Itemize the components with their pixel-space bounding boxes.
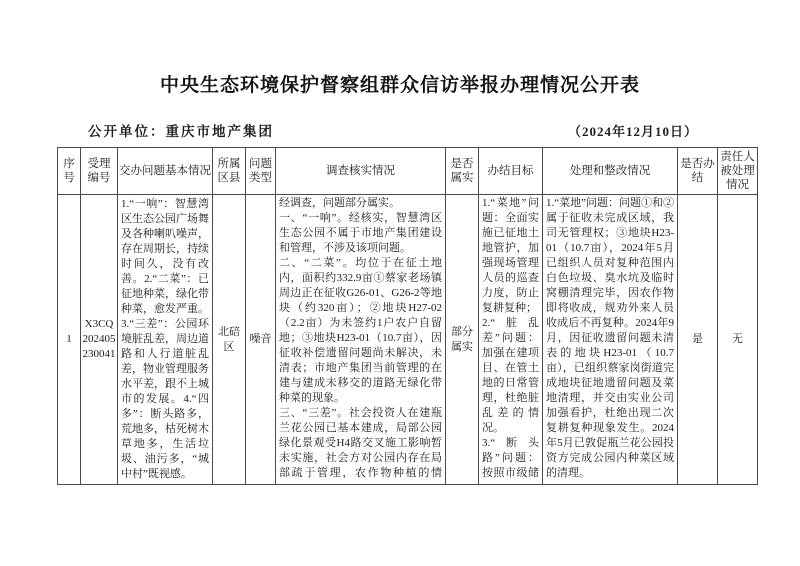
document-page: 中央生态环境保护督察组群众信访举报办理情况公开表 公开单位：重庆市地产集团 （2… bbox=[0, 0, 800, 566]
investigation-paragraph: 三、“三差”。社会投资人在建瓶兰花公园已基本建成，局部公园绿化景观受H4路交叉施… bbox=[279, 406, 442, 478]
header-is-completed: 是否办结 bbox=[678, 148, 718, 195]
handling-paragraph: 1.“菜地”问题：问题①和②属于征收未完成区域，我司无管理权；③地块H23-01… bbox=[546, 196, 674, 478]
cell-investigation: 经调查，问题部分属实。 一、“一响”。经核实，智慧湾区生态公园不属于市地产集团建… bbox=[276, 195, 446, 485]
cell-is-true: 部分属实 bbox=[446, 195, 479, 485]
publish-date: （2024年12月10日） bbox=[568, 121, 698, 140]
cell-responsible: 无 bbox=[718, 195, 758, 485]
header-is-true: 是否属实 bbox=[446, 148, 479, 195]
investigation-text: 经调查，问题部分属实。 一、“一响”。经核实，智慧湾区生态公园不属于市地产集团建… bbox=[279, 196, 442, 478]
header-responsible: 责任人被处理情况 bbox=[718, 148, 758, 195]
header-handling: 处理和整改情况 bbox=[543, 148, 678, 195]
investigation-paragraph: 一、“一响”。经核实，智慧湾区生态公园不属于市地产集团建设和管理，不涉及该项问题… bbox=[279, 211, 442, 256]
report-table: 序号 受理编号 交办问题基本情况 所属区县 问题类型 调查核实情况 是否属实 办… bbox=[57, 147, 758, 485]
cell-district: 北碚区 bbox=[213, 195, 246, 485]
header-serial: 序号 bbox=[58, 148, 81, 195]
investigation-paragraph: 经调查，问题部分属实。 bbox=[279, 196, 442, 211]
page-title: 中央生态环境保护督察组群众信访举报办理情况公开表 bbox=[0, 70, 800, 97]
header-row: 序号 受理编号 交办问题基本情况 所属区县 问题类型 调查核实情况 是否属实 办… bbox=[58, 148, 758, 195]
subtitle-row: 公开单位：重庆市地产集团 （2024年12月10日） bbox=[88, 120, 698, 140]
completion-goal-paragraph: 3.“断头路”问题：按照市级储备土地整治时序安排，有序加快推进道路完善。 bbox=[482, 436, 539, 478]
completion-goal-text: 1.“菜地”问题：全面实施已征地土地管护，加强现场管理人员的巡查力度，防止复耕复… bbox=[482, 196, 539, 478]
header-problem-summary: 交办问题基本情况 bbox=[118, 148, 213, 195]
cell-completion-goal: 1.“菜地”问题：全面实施已征地土地管护，加强现场管理人员的巡查力度，防止复耕复… bbox=[479, 195, 543, 485]
header-district: 所属区县 bbox=[213, 148, 246, 195]
investigation-paragraph: 二、“二菜”。均位于在征土地内，面积约332.9亩①蔡家老场镇周边正在征收G26… bbox=[279, 256, 442, 406]
cell-handling: 1.“菜地”问题：问题①和②属于征收未完成区域，我司无管理权；③地块H23-01… bbox=[543, 195, 678, 485]
cell-serial: 1 bbox=[58, 195, 81, 485]
case-number-text: X3CQ202405230041 bbox=[82, 317, 116, 362]
table-row: 1 X3CQ202405230041 1.“一响”：智慧湾区生态公园广场舞及各种… bbox=[58, 195, 758, 485]
problem-summary-text: 1.“一响”：智慧湾区生态公园广场舞及各种喇叭噪声，存在周期长，持续时间久，没有… bbox=[121, 197, 209, 482]
handling-text: 1.“菜地”问题：问题①和②属于征收未完成区域，我司无管理权；③地块H23-01… bbox=[546, 196, 674, 478]
publisher-label: 公开单位：重庆市地产集团 bbox=[88, 120, 274, 140]
cell-problem-summary: 1.“一响”：智慧湾区生态公园广场舞及各种喇叭噪声，存在周期长，持续时间久，没有… bbox=[118, 195, 213, 485]
completion-goal-paragraph: 2.“脏乱差”问题：加强在建项目、在管土地的日常管理，杜绝脏乱差的情况。 bbox=[482, 316, 539, 436]
header-investigation: 调查核实情况 bbox=[276, 148, 446, 195]
completion-goal-paragraph: 1.“菜地”问题：全面实施已征地土地管护，加强现场管理人员的巡查力度，防止复耕复… bbox=[482, 196, 539, 316]
cell-case-number: X3CQ202405230041 bbox=[81, 195, 118, 485]
header-completion-goal: 办结目标 bbox=[479, 148, 543, 195]
header-case-number: 受理编号 bbox=[81, 148, 118, 195]
header-problem-type: 问题类型 bbox=[246, 148, 276, 195]
cell-is-completed: 是 bbox=[678, 195, 718, 485]
cell-problem-type: 噪音 bbox=[246, 195, 276, 485]
